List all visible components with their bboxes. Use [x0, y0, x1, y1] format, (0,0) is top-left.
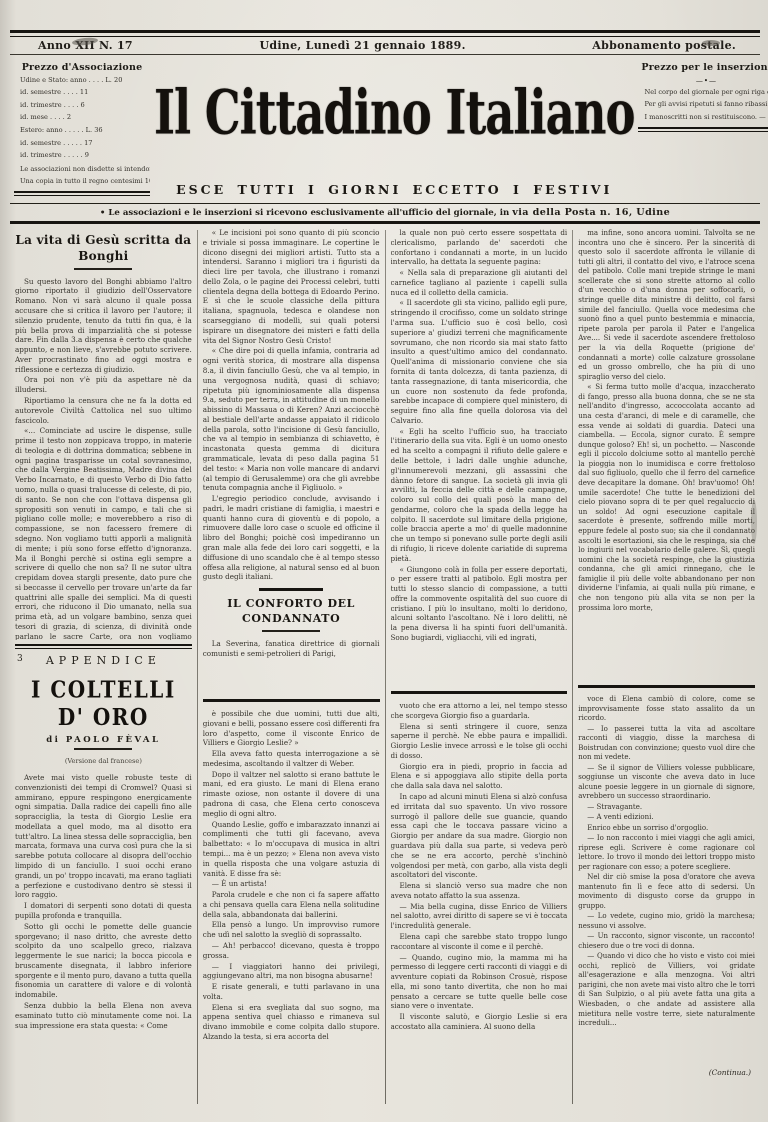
paragraph: — Se il signor de Villiers volesse pubbl… [578, 764, 755, 802]
association-price-list: Udine e Stato: anno . . . . L. 20id. sem… [14, 76, 150, 161]
paragraph: Enrico ebbe un sorriso d'orgoglio. [578, 824, 755, 834]
feuilleton-col4: voce di Elena cambiò di colore, come se … [578, 695, 755, 1104]
paragraph: Nel dir ciò smise la posa d'oratore che … [578, 873, 755, 911]
paragraph: Quando Leslie, goffo e imbarazzato innan… [203, 820, 380, 879]
paragraph: « Che dire poi di quella infamia, contra… [203, 346, 380, 493]
title-flourish [74, 748, 132, 750]
ink-smudge [751, 500, 757, 544]
paragraph: id. trimestre . . . . . 9 [14, 151, 150, 161]
feuilleton-col2: è possibile che due uomini, tutti due al… [203, 709, 380, 1104]
ink-smudge [702, 40, 720, 46]
article-bonghi-col1: La vita di Gesù scritta da Bonghi Su que… [15, 228, 192, 640]
appendix-section-label: APPENDICE [46, 654, 161, 667]
paragraph: Elena si era svegliata dal suo sogno, ma… [203, 1003, 380, 1042]
paragraph: « Giungono colà in folla per essere depo… [391, 565, 568, 643]
paragraph: Elena si slanciò verso sua madre che non… [391, 881, 568, 901]
feuilleton-col3: vuoto che era attorno a lei, nel tempo s… [391, 701, 568, 1104]
paragraph: « Le incisioni poi sono quanto di più sc… [203, 228, 380, 345]
article-bonghi-body-col2: « Le incisioni poi sono quanto di più sc… [203, 228, 380, 582]
paragraph: id. semestre . . . . . 17 [14, 139, 150, 149]
paragraph: Udine e Stato: anno . . . . L. 20 [14, 76, 150, 86]
paragraph: Per gli avvisi ripetuti si fanno ribassi… [638, 100, 768, 110]
paragraph: — Quando, cugino mio, la mamma mi ha per… [391, 953, 568, 1012]
paragraph: Estero: anno . . . . . L. 36 [14, 126, 150, 136]
paragraph: Una copia in tutto il regno centesimi 10… [14, 177, 150, 187]
paragraph: Senza dubbio la bella Elena non aveva es… [15, 1001, 192, 1030]
paragraph: id. semestre . . . . 11 [14, 88, 150, 98]
paragraph: Nel corpo del giornale per ogni riga o s… [638, 88, 768, 98]
left-box-rule [14, 191, 150, 196]
paragraph: Elena si sentì stringere il cuore, senza… [391, 722, 568, 761]
appendix-header: 3 APPENDICE I COLTELLI D' ORO di PAOLO F… [15, 640, 192, 773]
paragraph: Riportiamo la censura che ne fa la dotta… [15, 396, 192, 425]
article-conforto-intro: La Severina, fanatica direttrice di gior… [203, 639, 380, 659]
paragraph: Dopo il valtzer nel salotto si erano bat… [203, 770, 380, 819]
paragraph: id. trimestre . . . . 6 [14, 101, 150, 111]
feuilleton-divider [391, 691, 568, 694]
article-conforto-title: IL CONFORTO DEL CONDANNATO [203, 597, 380, 627]
feuilleton-divider [578, 685, 755, 688]
paragraph: — Quando vi dico che ho visto e visto co… [578, 952, 755, 1028]
paragraph: Il visconte salutò, e Giorgio Leslie si … [391, 1012, 568, 1032]
decorative-dash: —•— [638, 76, 768, 86]
feuilleton-col1: Avete mai visto quelle robuste teste di … [15, 773, 192, 1104]
top-double-rule [10, 30, 760, 37]
paragraph: — Ah! perbacco! dicevano, questa è tropp… [203, 941, 380, 961]
insertion-price-box: Prezzo per le inserzioni —•— Nel corpo d… [634, 57, 768, 197]
paragraph: — I viaggiatori hanno dei privilegi, agg… [203, 962, 380, 982]
paragraph: id. mese . . . . 2 [14, 113, 150, 123]
title-flourish [262, 630, 320, 632]
paragraph: Ella aveva fatto questa interrogazione a… [203, 749, 380, 769]
insertion-price-text: Nel corpo del giornale per ogni riga o s… [638, 88, 768, 123]
right-box-rule [638, 127, 768, 132]
publication-date: Udine, Lunedì 21 gennaio 1889. [259, 39, 465, 52]
insertion-price-title: Prezzo per le inserzioni [638, 61, 768, 75]
banner-address: via della Posta n. 16, Udine [512, 207, 670, 218]
paragraph: — Io non racconto i miei viaggi che agli… [578, 834, 755, 872]
paragraph: Ora poi non v'è più da aspettare nè da i… [15, 375, 192, 395]
feuilleton-divider [203, 699, 380, 702]
column-1: La vita di Gesù scritta da Bonghi Su que… [10, 228, 197, 1104]
paragraph: Ella pensò a lungo. Un improvviso rumore… [203, 920, 380, 940]
paragraph: Avete mai visto quelle robuste teste di … [15, 773, 192, 900]
paragraph: L'egregio periodico conclude, avvisando … [203, 494, 380, 582]
feuilleton-translation-note: (Versione dal francese) [15, 757, 192, 765]
newspaper-page: Anno XII N. 17 Udine, Lunedì 21 gennaio … [0, 0, 768, 1122]
masthead-center: Il Cittadino Italiano ESCE TUTTI I GIORN… [154, 57, 634, 197]
paragraph: In capo ad alcuni minuti Elena si alzò c… [391, 792, 568, 880]
page-content: Anno XII N. 17 Udine, Lunedì 21 gennaio … [10, 30, 760, 1104]
column-2-main: « Le incisioni poi sono quanto di più sc… [203, 228, 380, 694]
paragraph: Parola crudele e che non ci fa sapere af… [203, 890, 380, 919]
paragraph: vuoto che era attorno a lei, nel tempo s… [391, 701, 568, 721]
paragraph: la quale non può certo essere sospettata… [391, 228, 568, 267]
paragraph: « Egli ha scelto l'ufficio suo, ha tracc… [391, 427, 568, 564]
paragraph: — Lo vedete, cugino mio, gridò la marche… [578, 912, 755, 931]
title-flourish [74, 268, 132, 270]
appendix-double-rule [15, 644, 192, 649]
newspaper-subtitle: ESCE TUTTI I GIORNI ECCETTO I FESTIVI [154, 182, 634, 197]
paragraph: « Il sacerdote gli sta vicino, pallido e… [391, 298, 568, 425]
paragraph: — Mia bella cugina, disse Enrico de Vill… [391, 902, 568, 931]
paragraph: Su questo lavoro del Bonghi abbiamo l'al… [15, 277, 192, 375]
feuilleton-byline: di PAOLO FÈVAL [15, 735, 192, 745]
newspaper-title: Il Cittadino Italiano [154, 77, 634, 149]
paragraph: « Si ferma tutto molle d'acqua, inzacche… [578, 382, 755, 612]
column-grid: La vita di Gesù scritta da Bonghi Su que… [10, 228, 760, 1104]
feuilleton-title: I COLTELLI D' ORO [15, 675, 192, 730]
paragraph: — Un racconto, signor visconte, un racco… [578, 932, 755, 951]
paragraph: — È un artista! [203, 879, 380, 889]
appendix-section-bar: 3 APPENDICE [15, 652, 192, 669]
paragraph: Sotto gli occhi le pomette delle guancie… [15, 922, 192, 1000]
paragraph: E risate generali, e tutti parlavano in … [203, 982, 380, 1002]
article-conforto-body-col3: la quale non può certo essere sospettata… [391, 228, 568, 686]
paragraph: — A venti edizioni. [578, 813, 755, 823]
paragraph: — Io passerei tutta la vita ad ascoltare… [578, 725, 755, 763]
column-4: ma infine, sono ancora uomini. Talvolta … [573, 228, 760, 1104]
paragraph: Elena capì che sarebbe stato troppo lung… [391, 932, 568, 952]
masthead: Prezzo d'Associazione Udine e Stato: ann… [10, 57, 760, 197]
article-bonghi-title: La vita di Gesù scritta da Bonghi [15, 232, 192, 265]
article-conforto-body-col4: ma infine, sono ancora uomini. Talvolta … [578, 228, 755, 680]
association-price-box: Prezzo d'Associazione Udine e Stato: ann… [10, 57, 154, 197]
banner-text: • Le associazioni e le inserzioni si ric… [100, 208, 512, 218]
article-separator-rule [259, 588, 323, 591]
date-line: Anno XII N. 17 Udine, Lunedì 21 gennaio … [10, 37, 760, 55]
paragraph: ma infine, sono ancora uomini. Talvolta … [578, 228, 755, 381]
association-price-notes: Le associazioni non disdette si intendon… [14, 165, 150, 187]
association-price-title: Prezzo d'Associazione [14, 61, 150, 75]
paragraph: Le associazioni non disdette si intendon… [14, 165, 150, 175]
page-number: 3 [17, 654, 23, 664]
feuilleton-col4-text: voce di Elena cambiò di colore, come se … [578, 695, 755, 1029]
column-2: « Le incisioni poi sono quanto di più sc… [198, 228, 385, 1104]
office-address-banner: • Le associazioni e le inserzioni si ric… [10, 203, 760, 224]
paragraph: « Nella sala di preparazione gli aiutant… [391, 268, 568, 297]
paragraph: «... Cominciate ad uscire le dispense, s… [15, 426, 192, 640]
paragraph: I domatori di serpenti sono dotati di qu… [15, 901, 192, 921]
paragraph: — Stravagante. [578, 803, 755, 813]
paragraph: Giorgio era in piedi, proprio in faccia … [391, 762, 568, 791]
paragraph: è possibile che due uomini, tutti due al… [203, 709, 380, 748]
paragraph: voce di Elena cambiò di colore, come se … [578, 695, 755, 724]
column-3: la quale non può certo essere sospettata… [386, 228, 573, 1104]
paragraph: I manoscritti non si restituiscono. — Le… [638, 113, 768, 123]
to-be-continued-note: (Continua.) [709, 1068, 751, 1078]
article-bonghi-body-col1: Su questo lavoro del Bonghi abbiamo l'al… [15, 277, 192, 640]
